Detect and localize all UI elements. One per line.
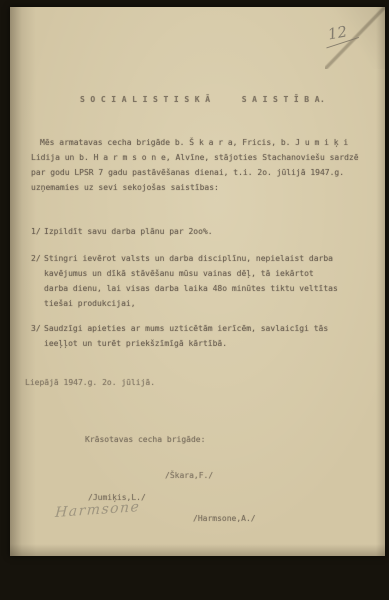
- intro-line: Mēs armatavas cecha brigāde b. Š k a r a…: [31, 135, 376, 150]
- list-item-line: kavējumus un dīkā stāvēšanu mūsu vainas …: [44, 266, 376, 281]
- signature-heading: Krāsotavas cecha brigāde:: [85, 432, 205, 447]
- list-item-text: Saudzīgi apieties ar mums uzticētām ierī…: [44, 321, 376, 351]
- list-item-text: Izpildīt savu darba plānu par 2oo%.: [44, 224, 376, 239]
- handwritten-signature: Harmsone: [55, 499, 141, 521]
- scanned-page: 12 S O C I A L I S T I S K Ā S A I S T Ī…: [10, 7, 385, 556]
- intro-paragraph: Mēs armatavas cecha brigāde b. Š k a r a…: [31, 135, 376, 195]
- intro-line: Lidija un b. H a r m s o n e, Alvīne, st…: [31, 150, 376, 165]
- list-item-line: ieeļļot un turēt priekšzīmīgā kārtībā.: [44, 336, 376, 351]
- list-item-text: Stingri ievērot valsts un darba disciplī…: [44, 251, 376, 311]
- intro-line: uzņemamies uz sevi sekojošas saistības:: [31, 180, 376, 195]
- signature-skara: /Škara,F./: [165, 468, 213, 483]
- intro-line: par godu LPSR 7 gadu pastāvēšanas dienai…: [31, 165, 376, 180]
- list-item: 3/ Saudzīgi apieties ar mums uzticētām i…: [31, 321, 376, 351]
- list-item-number: 1/: [31, 224, 44, 239]
- list-item-line: darba dienu, lai visas darba laika 48o m…: [44, 281, 376, 296]
- signature-harmsone: /Harmsone,A./: [193, 511, 256, 526]
- list-item-number: 2/: [31, 251, 44, 311]
- obligation-list: 1/ Izpildīt savu darba plānu par 2oo%. 2…: [31, 224, 376, 351]
- list-item-number: 3/: [31, 321, 44, 351]
- list-item-line: Saudzīgi apieties ar mums uzticētām ierī…: [44, 321, 376, 336]
- list-item: 1/ Izpildīt savu darba plānu par 2oo%.: [31, 224, 376, 239]
- list-item: 2/ Stingri ievērot valsts un darba disci…: [31, 251, 376, 311]
- list-item-line: Izpildīt savu darba plānu par 2oo%.: [44, 224, 376, 239]
- doc-title: S O C I A L I S T I S K Ā S A I S T Ī B …: [80, 95, 325, 104]
- dateline: Liepājā 1947.g. 2o. jūlijā.: [25, 375, 155, 390]
- list-item-line: tiešai produkcijai,: [44, 296, 376, 311]
- list-item-line: Stingri ievērot valsts un darba disciplī…: [44, 251, 376, 266]
